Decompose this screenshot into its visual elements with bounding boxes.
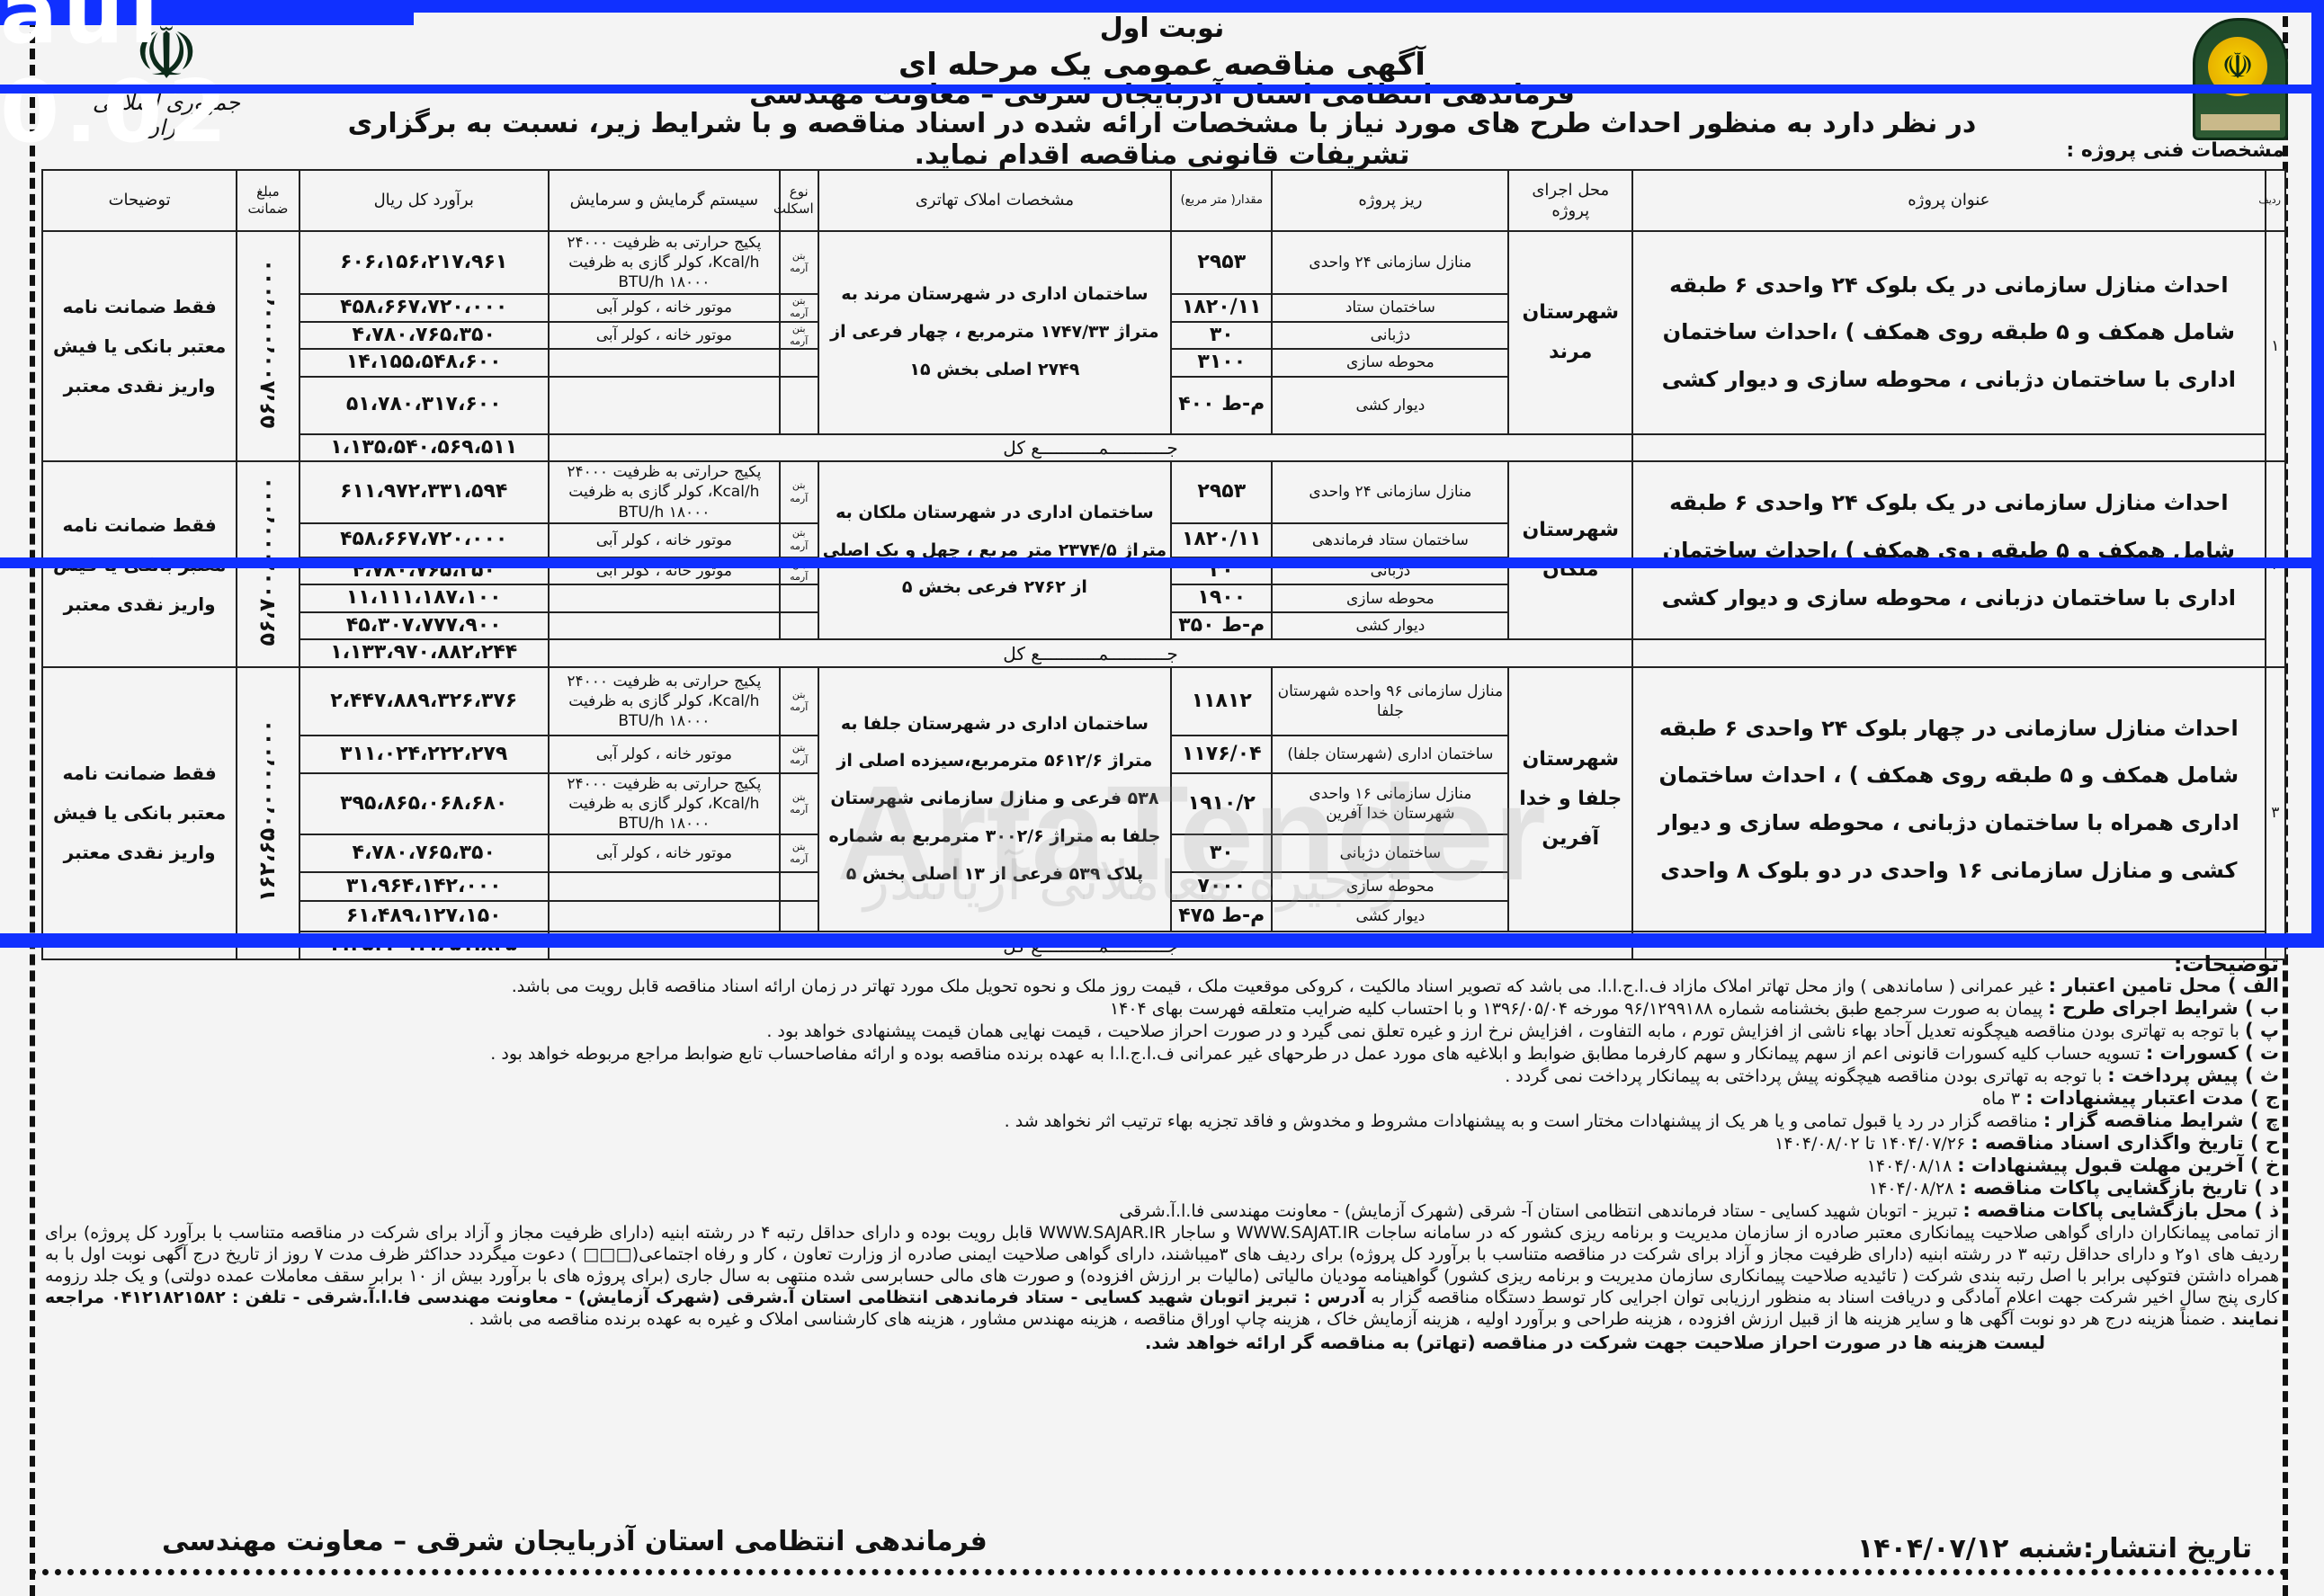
police-emblem-base xyxy=(2201,114,2280,130)
hvac-system: موتور خانه ، کولر آبی xyxy=(549,736,780,773)
estimate-value: ۳۱۱،۰۲۴،۲۲۲،۲۷۹ xyxy=(299,736,549,773)
hvac-system xyxy=(549,377,780,434)
note-item: چ ) شرایط مناقصه گزار : مناقصه گزار در ر… xyxy=(45,1110,2279,1132)
area-value: ۲۹۵۳ xyxy=(1171,231,1272,294)
skeleton-type: بتن آرمه xyxy=(780,834,818,872)
hvac-system xyxy=(549,349,780,377)
project-title: احداث منازل سازمانی در چهار بلوک ۲۴ واحد… xyxy=(1632,667,2266,932)
spacer xyxy=(1632,639,2266,667)
note-label: ج ) مدت اعتبار پیشنهادات : xyxy=(2025,1087,2279,1109)
hvac-system: موتور خانه ، کولر آبی xyxy=(549,322,780,350)
note-label: ب ) شرایط اجرای طرح : xyxy=(2048,997,2279,1019)
overlay-bar-right xyxy=(2311,0,2324,948)
table-total-row: جـــــــــــمـــــــــــع کل ۱،۱۳۵،۵۴۰،۵… xyxy=(42,434,2285,462)
project-location: شهرستان جلفا و خدا آفرین xyxy=(1508,667,1632,932)
col-hvac: سیستم گرمایش و سرمایش xyxy=(549,170,780,231)
note-label: پ ) xyxy=(2245,1020,2279,1041)
overlay-bar-1 xyxy=(0,85,2324,94)
col-notes: توضیحات xyxy=(42,170,237,231)
table-header-row: ردیف عنوان پروژه محل اجرای پروژه ریز پرو… xyxy=(42,170,2285,231)
col-area: مقدار( متر مربع) xyxy=(1171,170,1272,231)
guarantee-value: ۵۶،۸۰۰،۰۰۰،۰۰۰ xyxy=(254,259,282,428)
area-value: ۱۱۷۶/۰۴ xyxy=(1171,736,1272,773)
col-subproject: ریز پروژه xyxy=(1272,170,1508,231)
hvac-system xyxy=(549,872,780,901)
total-label: جـــــــــــمـــــــــــع کل xyxy=(549,434,1632,462)
overlay-label: aui 0.02 xyxy=(0,0,414,162)
table-total-row: جـــــــــــمـــــــــــع کل ۱،۱۳۳،۹۷۰،۸… xyxy=(42,639,2285,667)
estimate-value: ۶۰۶،۱۵۶،۲۱۷،۹۶۱ xyxy=(299,231,549,294)
overlay-bar-2 xyxy=(0,557,2324,568)
estimate-value: ۳۱،۹۶۴،۱۴۲،۰۰۰ xyxy=(299,872,549,901)
estimate-value: ۴،۷۸۰،۷۶۵،۳۵۰ xyxy=(299,834,549,872)
overlay-bar-3 xyxy=(0,933,2324,948)
subproject: دژبانی xyxy=(1272,322,1508,350)
note-label: ح ) تاریخ واگذاری اسناد مناقصه : xyxy=(1971,1132,2279,1154)
estimate-value: ۲،۴۴۷،۸۸۹،۳۲۶،۳۷۶ xyxy=(299,667,549,736)
total-estimate: ۱،۱۳۵،۵۴۰،۵۶۹،۵۱۱ xyxy=(299,434,549,462)
note-item: ج ) مدت اعتبار پیشنهادات : ۳ ماه xyxy=(45,1087,2279,1110)
table-row: ۱ احداث منازل سازمانی در یک بلوک ۲۴ واحد… xyxy=(42,231,2285,294)
subproject: منازل سازمانی ۹۶ واحده شهرستان جلفا xyxy=(1272,667,1508,736)
project-title: احداث منازل سازمانی در یک بلوک ۲۴ واحدی … xyxy=(1632,231,2266,434)
note-text: مناقصه گزار در رد یا قبول تمامی و یا هر … xyxy=(1005,1111,2038,1131)
guarantee-amount: ۵۶،۸۰۰،۰۰۰،۰۰۰ xyxy=(237,231,299,461)
col-title: عنوان پروژه xyxy=(1632,170,2266,231)
notes-title: توضیحات: xyxy=(45,953,2279,975)
note-text: تبریز - اتوبان شهید کسایی - ستاد فرمانده… xyxy=(1119,1201,1957,1221)
note-text: با توجه به تهاتری بودن مناقصه هیچگونه پی… xyxy=(1505,1066,2102,1086)
estimate-value: ۴۵،۳۰۷،۷۷۷،۹۰۰ xyxy=(299,612,549,640)
project-title: احداث منازل سازمانی در یک بلوک ۲۴ واحدی … xyxy=(1632,461,2266,639)
technical-specs-heading: مشخصات فنی پروژه : xyxy=(2066,139,2284,162)
hvac-system: پکیج حرارتی به ظرفیت ۲۴۰۰۰ Kcal/h، کولر … xyxy=(549,667,780,736)
total-estimate: ۱،۱۳۳،۹۷۰،۸۸۲،۲۴۴ xyxy=(299,639,549,667)
note-label: خ ) آخرین مهلت قبول پیشنهادات : xyxy=(1957,1155,2279,1176)
note-item: د ) تاریخ بازگشایی پاکات مناقصه : ۱۴۰۴/۰… xyxy=(45,1177,2279,1199)
note-text: پیمان به صورت سرجمع طبق بخشنامه شماره ۹۶… xyxy=(1110,999,2042,1019)
subproject: ساختمان ستاد xyxy=(1272,294,1508,322)
note-text: غیر عمرانی ( ساماندهی ) واز محل تهاتر ام… xyxy=(512,976,2043,996)
area-value: ۱۸۲۰/۱۱ xyxy=(1171,523,1272,557)
col-row-no: ردیف xyxy=(2266,170,2285,231)
col-location: محل اجرای پروژه xyxy=(1508,170,1632,231)
area-value: ۴۰۰ م-ط xyxy=(1171,377,1272,434)
note-item: ث ) پیش پرداخت : با توجه به تهاتری بودن … xyxy=(45,1065,2279,1087)
note-item: ذ ) محل بازگشایی پاکات مناقصه : تبریز - … xyxy=(45,1199,2279,1222)
area-value: ۱۹۰۰ xyxy=(1171,584,1272,612)
guarantee-amount: ۱۶۲،۶۵۰،۰۰۰،۰۰۰ xyxy=(237,667,299,959)
estimate-value: ۶۱،۴۸۹،۱۲۷،۱۵۰ xyxy=(299,901,549,932)
hvac-system: پکیج حرارتی به ظرفیت ۲۴۰۰۰ Kcal/h، کولر … xyxy=(549,773,780,834)
estimate-value: ۱۴،۱۵۵،۵۴۸،۶۰۰ xyxy=(299,349,549,377)
col-estimate: برآورد کل ریال xyxy=(299,170,549,231)
subproject: دیوار کشی xyxy=(1272,612,1508,640)
project-location: شهرستان ملکان xyxy=(1508,461,1632,639)
note-text: ۱۴۰۴/۰۸/۲۸ xyxy=(1869,1179,1953,1199)
skeleton-type: بتن آرمه xyxy=(780,523,818,557)
area-value: ۳۰ xyxy=(1171,322,1272,350)
note-text: ۱۴۰۴/۰۷/۲۶ تا ۱۴۰۴/۰۸/۰۲ xyxy=(1774,1134,1965,1154)
row-number: ۳ xyxy=(2266,667,2285,959)
note-label: ث ) پیش پرداخت : xyxy=(2107,1065,2279,1086)
area-value: ۱۸۲۰/۱۱ xyxy=(1171,294,1272,322)
note-item: الف ) محل تامین اعتبار : غیر عمرانی ( سا… xyxy=(45,975,2279,997)
row-number: ۱ xyxy=(2266,231,2285,461)
skeleton-type: بتن آرمه xyxy=(780,294,818,322)
note-item: ب ) شرایط اجرای طرح : پیمان به صورت سرجم… xyxy=(45,997,2279,1020)
skeleton-type: بتن آرمه xyxy=(780,322,818,350)
publish-date: تاریخ انتشار:شنبه ۱۴۰۴/۰۷/۱۲ xyxy=(1857,1533,2252,1565)
skeleton-type xyxy=(780,349,818,377)
subproject: ساختمان ستاد فرماندهی xyxy=(1272,523,1508,557)
note-text: ۳ ماه xyxy=(1982,1089,2020,1109)
note-item: ح ) تاریخ واگذاری اسناد مناقصه : ۱۴۰۴/۰۷… xyxy=(45,1132,2279,1155)
estimate-value: ۴،۷۸۰،۷۶۵،۳۵۰ xyxy=(299,322,549,350)
tender-notice-page: ☫ جمهوری اسلامی ایران ☫ نوبت اول آگهی من… xyxy=(0,0,2324,1596)
skeleton-type xyxy=(780,901,818,932)
guarantee-notes: فقط ضمانت نامه معتبر بانکی یا فیش واریز … xyxy=(42,667,237,959)
note-label: چ ) شرایط مناقصه گزار : xyxy=(2043,1110,2279,1131)
area-value: ۱۱۸۱۲ xyxy=(1171,667,1272,736)
guarantee-notes: فقط ضمانت نامه معتبر بانکی یا فیش واریز … xyxy=(42,231,237,461)
col-property: مشخصات املاک تهاتری xyxy=(818,170,1172,231)
subproject: منازل سازمانی ۲۴ واحدی xyxy=(1272,461,1508,522)
area-value: ۳۵۰ م-ط xyxy=(1171,612,1272,640)
skeleton-type xyxy=(780,377,818,434)
area-value: ۷۰۰۰ xyxy=(1171,872,1272,901)
hvac-system xyxy=(549,584,780,612)
estimate-value: ۱۱،۱۱۱،۱۸۷،۱۰۰ xyxy=(299,584,549,612)
invitation-paragraph: از تمامی پیمانکاران دارای گواهی صلاحیت پ… xyxy=(45,1222,2279,1330)
cut-line-left xyxy=(30,0,35,1596)
hvac-system: پکیج حرارتی به ظرفیت ۲۴۰۰۰ Kcal/h، کولر … xyxy=(549,231,780,294)
area-value: ۳۰ xyxy=(1171,834,1272,872)
exchange-property: ساختمان اداری در شهرستان ملکان به متراژ … xyxy=(818,461,1172,639)
table-row: ۳ احداث منازل سازمانی در چهار بلوک ۲۴ وا… xyxy=(42,667,2285,736)
costs-list-note: لیست هزینه ها در صورت احراز صلاحیت جهت ش… xyxy=(45,1332,2045,1353)
note-item: ت ) کسورات : تسویه حساب کلیه کسورات قانو… xyxy=(45,1042,2279,1065)
guarantee-value: ۱۶۲،۶۵۰،۰۰۰،۰۰۰ xyxy=(254,719,282,902)
area-value: ۲۹۵۳ xyxy=(1171,461,1272,522)
skeleton-type: بتن آرمه xyxy=(780,461,818,522)
subproject: منازل سازمانی ۲۴ واحدی xyxy=(1272,231,1508,294)
note-text: ۱۴۰۴/۰۸/۱۸ xyxy=(1867,1156,1952,1176)
hvac-system: موتور خانه ، کولر آبی xyxy=(549,294,780,322)
note-item: پ ) با توجه به تهاتری بودن مناقصه هیچگون… xyxy=(45,1020,2279,1042)
notice-intro: در نظر دارد به منظور احداث طرح های مورد … xyxy=(342,108,1982,171)
subproject: محوطه سازی xyxy=(1272,872,1508,901)
overlay-label-box: aui 0.02 xyxy=(0,0,414,25)
exchange-property: ساختمان اداری در شهرستان مرند به متراژ ۱… xyxy=(818,231,1172,434)
table-row: ۲ احداث منازل سازمانی در یک بلوک ۲۴ واحد… xyxy=(42,461,2285,522)
note-label: ذ ) محل بازگشایی پاکات مناقصه : xyxy=(1962,1199,2279,1221)
subproject: ساختمان اداری (شهرستان جلفا) xyxy=(1272,736,1508,773)
area-value: ۳۱۰۰ xyxy=(1171,349,1272,377)
hvac-system: پکیج حرارتی به ظرفیت ۲۴۰۰۰ Kcal/h، کولر … xyxy=(549,461,780,522)
col-guarantee: مبلغ ضمانت xyxy=(237,170,299,231)
note-item: خ ) آخرین مهلت قبول پیشنهادات : ۱۴۰۴/۰۸/… xyxy=(45,1155,2279,1177)
estimate-value: ۳۹۵،۸۶۵،۰۶۸،۶۸۰ xyxy=(299,773,549,834)
note-label: د ) تاریخ بازگشایی پاکات مناقصه : xyxy=(1959,1177,2279,1199)
costs-text: . ضمناً هزینه درج هر دو نوبت آگهی ها و س… xyxy=(469,1309,2226,1329)
subproject: دیوار کشی xyxy=(1272,901,1508,932)
skeleton-type: بتن آرمه xyxy=(780,231,818,294)
notes-section: توضیحات: الف ) محل تامین اعتبار : غیر عم… xyxy=(45,953,2279,1353)
subproject: دیوار کشی xyxy=(1272,377,1508,434)
skeleton-type: بتن آرمه xyxy=(780,736,818,773)
exchange-property: ساختمان اداری در شهرستان جلفا به متراژ ۵… xyxy=(818,667,1172,932)
skeleton-type xyxy=(780,872,818,901)
publisher-signature: فرماندهی انتظامی استان آذربایجان شرقی – … xyxy=(162,1526,988,1557)
subproject: محوطه سازی xyxy=(1272,584,1508,612)
area-value: ۱۹۱۰/۲ xyxy=(1171,773,1272,834)
note-label: الف ) محل تامین اعتبار : xyxy=(2049,975,2279,996)
subproject: ساختمان دژبانی xyxy=(1272,834,1508,872)
estimate-value: ۴۵۸،۶۶۷،۷۲۰،۰۰۰ xyxy=(299,523,549,557)
hvac-system xyxy=(549,901,780,932)
skeleton-type xyxy=(780,612,818,640)
hvac-system: موتور خانه ، کولر آبی xyxy=(549,523,780,557)
spacer xyxy=(1632,434,2266,462)
cut-line-bottom xyxy=(30,1569,2288,1575)
col-skeleton: نوع اسکلت xyxy=(780,170,818,231)
skeleton-type: بتن آرمه xyxy=(780,773,818,834)
estimate-value: ۵۱،۷۸۰،۳۱۷،۶۰۰ xyxy=(299,377,549,434)
estimate-value: ۶۱۱،۹۷۲،۳۳۱،۵۹۴ xyxy=(299,461,549,522)
total-label: جـــــــــــمـــــــــــع کل xyxy=(549,639,1632,667)
subproject: محوطه سازی xyxy=(1272,349,1508,377)
note-label: ت ) کسورات : xyxy=(2146,1042,2279,1064)
area-value: ۴۷۵ م-ط xyxy=(1171,901,1272,932)
skeleton-type xyxy=(780,584,818,612)
skeleton-type: بتن آرمه xyxy=(780,667,818,736)
note-text: با توجه به تهاتری بودن مناقصه هیچگونه تع… xyxy=(766,1021,2239,1041)
hvac-system: موتور خانه ، کولر آبی xyxy=(549,834,780,872)
hvac-system xyxy=(549,612,780,640)
note-text: تسویه حساب کلیه کسورات قانونی اعم از سهم… xyxy=(490,1044,2140,1064)
project-location: شهرستان مرند xyxy=(1508,231,1632,434)
subproject: منازل سازمانی ۱۶ واحدی شهرستان خدا آفرین xyxy=(1272,773,1508,834)
estimate-value: ۴۵۸،۶۶۷،۷۲۰،۰۰۰ xyxy=(299,294,549,322)
